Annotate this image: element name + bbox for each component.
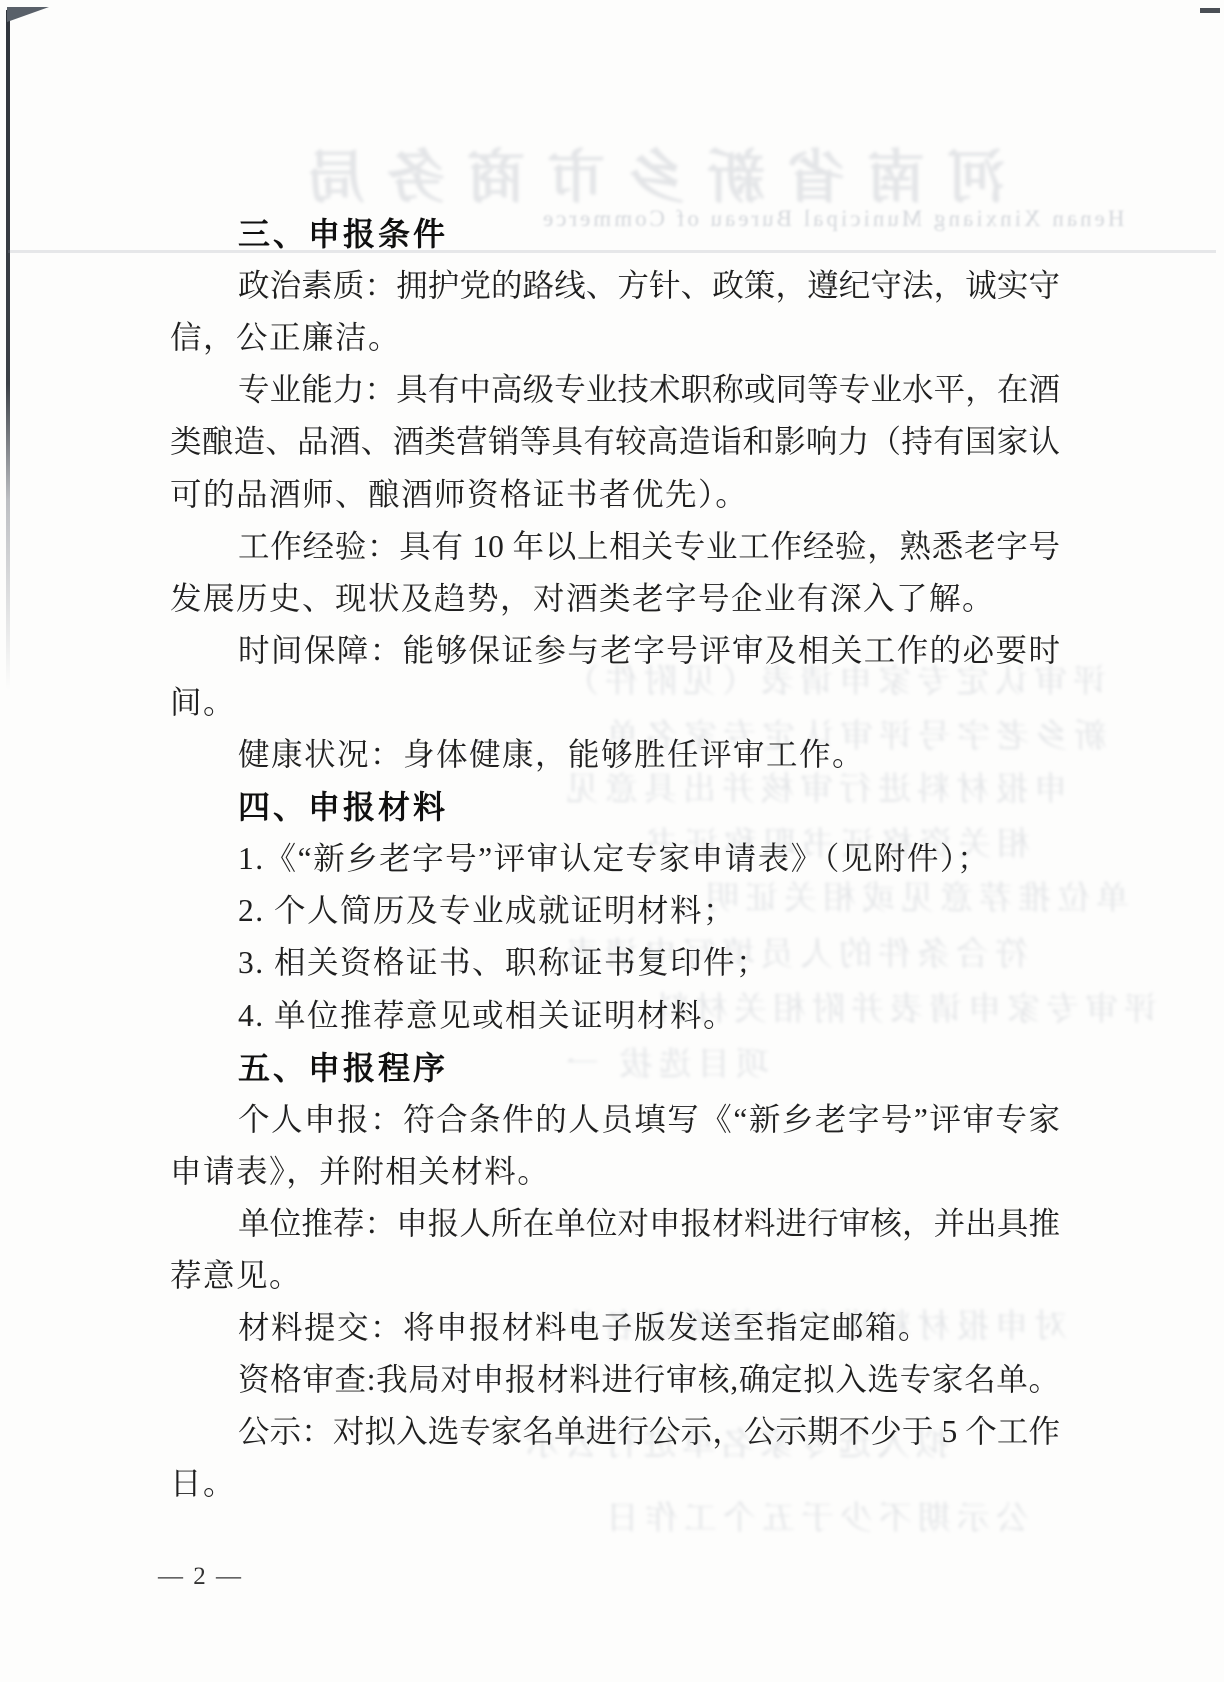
document-line: 公示：对拟入选专家名单进行公示，公示期不少于 5 个工作 (170, 1414, 1060, 1450)
document-line: 3. 相关资格证书、职称证书复印件； (170, 945, 1060, 981)
section-heading: 三、申报条件 (238, 216, 1062, 252)
document-line: 间。 (170, 685, 1060, 721)
document-line: 发展历史、现状及趋势，对酒类老字号企业有深入了解。 (170, 581, 1060, 617)
document-line: 个人申报：符合条件的人员填写《“新乡老字号”评审专家 (170, 1102, 1060, 1138)
document-line: 信，公正廉洁。 (170, 320, 1060, 356)
document-line: 专业能力：具有中高级专业技术职称或同等专业水平，在酒 (170, 372, 1060, 408)
scanned-document-page: 河南省新乡市商务局 Henan Xinxiang Municipal Burea… (0, 0, 1224, 1682)
document-line: 申请表》，并附相关材料。 (170, 1154, 1060, 1190)
document-line: 健康状况：身体健康，能够胜任评审工作。 (170, 737, 1060, 773)
page-number: — 2 — (158, 1563, 243, 1591)
document-line: 2. 个人简历及专业成就证明材料； (170, 893, 1060, 929)
document-line: 类酿造、品酒、酒类营销等具有较高造诣和影响力（持有国家认 (170, 424, 1060, 460)
document-line: 荐意见。 (170, 1258, 1060, 1294)
document-line: 材料提交：将申报材料电子版发送至指定邮箱。 (170, 1310, 1060, 1346)
section-heading: 四、申报材料 (238, 789, 1062, 825)
document-line: 时间保障：能够保证参与老字号评审及相关工作的必要时 (170, 633, 1060, 669)
document-line: 单位推荐：申报人所在单位对申报材料进行审核，并出具推 (170, 1206, 1060, 1242)
document-line: 资格审查:我局对申报材料进行审核,确定拟入选专家名单。 (170, 1362, 1060, 1398)
section-heading: 五、申报程序 (238, 1050, 1062, 1086)
scan-left-edge-artifact (6, 10, 10, 690)
bleedthrough-letterhead: 河南省新乡市商务局 (235, 130, 1005, 214)
document-line: 可的品酒师、酿酒师资格证书者优先）。 (170, 477, 1060, 513)
document-line: 1.《“新乡老字号”评审认定专家申请表》（见附件）； (170, 841, 1060, 877)
document-line: 工作经验：具有 10 年以上相关专业工作经验，熟悉老字号 (170, 529, 1060, 565)
document-line: 政治素质：拥护党的路线、方针、政策，遵纪守法，诚实守 (170, 268, 1060, 304)
document-line: 4. 单位推荐意见或相关证明材料。 (170, 998, 1060, 1034)
scan-top-right-artifact (1200, 8, 1220, 13)
scan-corner-artifact (7, 7, 49, 22)
document-line: 日。 (170, 1466, 1060, 1502)
